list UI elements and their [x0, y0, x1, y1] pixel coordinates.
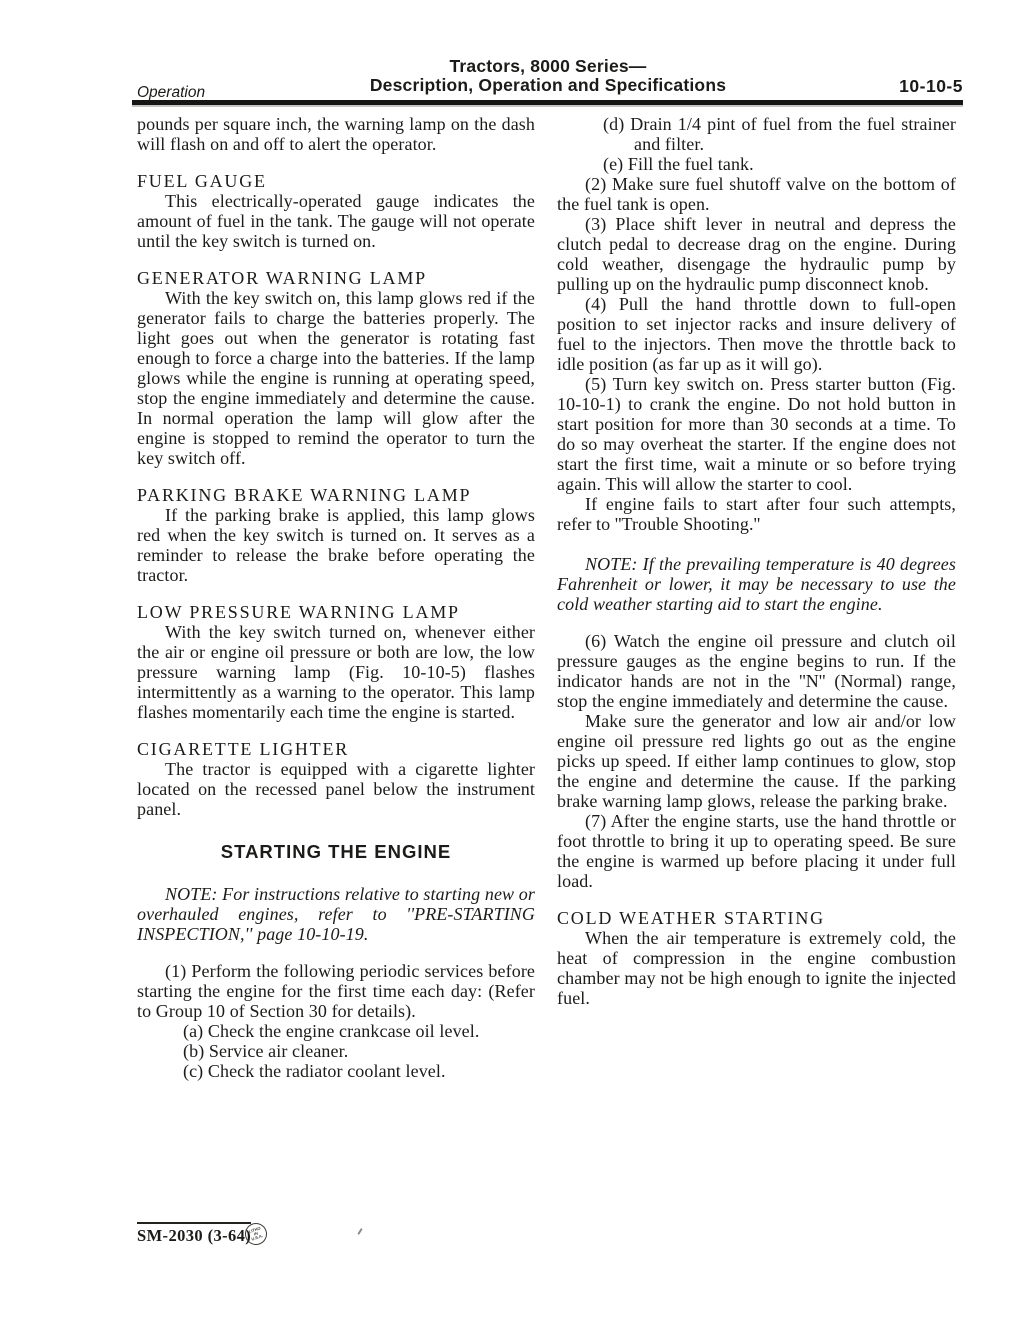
- paragraph: (3) Place shift lever in neutral and dep…: [557, 214, 956, 294]
- note-paragraph: NOTE: If the prevailing temperature is 4…: [557, 554, 956, 614]
- paragraph: Make sure the generator and low air and/…: [557, 711, 956, 811]
- page-title-line1: Tractors, 8000 Series—: [133, 57, 963, 76]
- manual-page: Operation Tractors, 8000 Series— Descrip…: [0, 0, 1024, 1325]
- stamp-text-line3: U.S.A.: [251, 1234, 263, 1241]
- paragraph: When the air temperature is extremely co…: [557, 928, 956, 1008]
- section-heading-cold-weather-starting: COLD WEATHER STARTING: [557, 908, 956, 928]
- section-heading-fuel-gauge: FUEL GAUGE: [137, 171, 535, 191]
- page-number: 10-10-5: [133, 76, 963, 97]
- paragraph: (2) Make sure fuel shutoff valve on the …: [557, 174, 956, 214]
- header-rule: [132, 100, 963, 105]
- paragraph: (5) Turn key switch on. Press starter bu…: [557, 374, 956, 494]
- paragraph: The tractor is equipped with a cigarette…: [137, 759, 535, 819]
- list-item: (c) Check the radiator coolant level.: [137, 1061, 535, 1081]
- paragraph: This electrically-operated gauge indicat…: [137, 191, 535, 251]
- scan-artifact: [357, 1228, 362, 1235]
- list-item: (b) Service air cleaner.: [137, 1041, 535, 1061]
- right-column: (d) Drain 1/4 pint of fuel from the fuel…: [557, 114, 956, 1008]
- list-item: (a) Check the engine crankcase oil level…: [137, 1021, 535, 1041]
- paragraph: With the key switch on, this lamp glows …: [137, 288, 535, 468]
- paragraph: (4) Pull the hand throttle down to full-…: [557, 294, 956, 374]
- section-heading-starting-the-engine: STARTING THE ENGINE: [137, 842, 535, 862]
- section-heading-low-pressure-warning-lamp: LOW PRESSURE WARNING LAMP: [137, 602, 535, 622]
- left-column: pounds per square inch, the warning lamp…: [137, 114, 535, 1081]
- paragraph: (6) Watch the engine oil pressure and cl…: [557, 631, 956, 711]
- paragraph: (7) After the engine starts, use the han…: [557, 811, 956, 891]
- page-footer: SM-2030 (3-64) LITHO IN U.S.A.: [137, 1222, 251, 1262]
- list-item: (d) Drain 1/4 pint of fuel from the fuel…: [557, 114, 956, 154]
- section-heading-generator-warning-lamp: GENERATOR WARNING LAMP: [137, 268, 535, 288]
- paragraph: With the key switch turned on, whenever …: [137, 622, 535, 722]
- doc-code: SM-2030 (3-64): [137, 1222, 251, 1246]
- section-heading-parking-brake-warning-lamp: PARKING BRAKE WARNING LAMP: [137, 485, 535, 505]
- paragraph: pounds per square inch, the warning lamp…: [137, 114, 535, 154]
- paragraph: If engine fails to start after four such…: [557, 494, 956, 534]
- list-item: (e) Fill the fuel tank.: [557, 154, 956, 174]
- paragraph: If the parking brake is applied, this la…: [137, 505, 535, 585]
- note-paragraph: NOTE: For instructions relative to start…: [137, 884, 535, 944]
- paragraph: (1) Perform the following periodic servi…: [137, 961, 535, 1021]
- section-heading-cigarette-lighter: CIGARETTE LIGHTER: [137, 739, 535, 759]
